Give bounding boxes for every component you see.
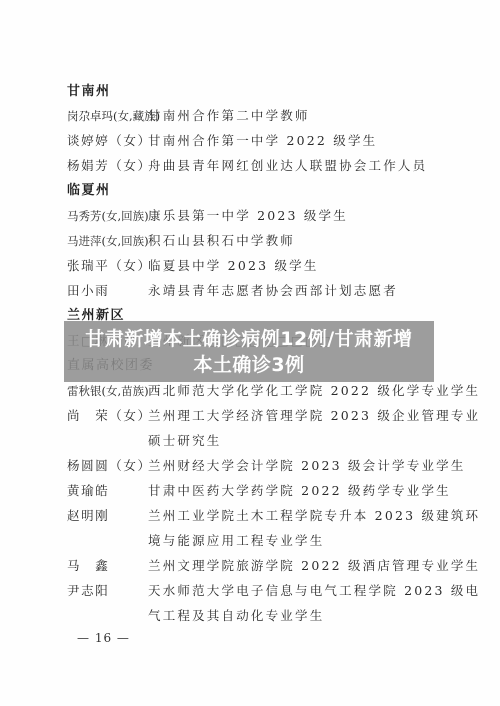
person-name: 杨娟芳（女） — [67, 156, 148, 176]
person-desc: 兰州工业学院土木工程学院专升本 2023 级建筑环 — [148, 506, 480, 526]
page-number: — 16 — — [77, 628, 130, 648]
person-desc-continued: 境与能源应用工程专业学生 — [148, 531, 324, 551]
person-desc: 甘南州合作第二中学教师 — [148, 106, 310, 126]
person-name: 尹志阳 — [67, 581, 148, 601]
list-item: 马秀芳(女,回族)康乐县第一中学 2023 级学生 — [67, 206, 348, 226]
person-name: 黄瑜皓 — [67, 481, 148, 501]
document-page: 甘南州 岗尕卓玛(女,藏族)甘南州合作第二中学教师 谈婷婷（女）甘南州合作第一中… — [0, 0, 500, 706]
list-item: 田小雨永靖县青年志愿者协会西部计划志愿者 — [67, 281, 398, 301]
person-name: 马 鑫 — [67, 556, 148, 576]
list-item: 岗尕卓玛(女,藏族)甘南州合作第二中学教师 — [67, 106, 310, 126]
person-desc: 舟曲县青年网红创业达人联盟协会工作人员 — [148, 156, 427, 176]
list-item: 杨圆圆（女）兰州财经大学会计学院 2023 级会计学专业学生 — [67, 456, 466, 476]
list-item: 杨娟芳（女）舟曲县青年网红创业达人联盟协会工作人员 — [67, 156, 427, 176]
person-desc-continued: 硕士研究生 — [148, 431, 222, 451]
person-name: 岗尕卓玛(女,藏族) — [67, 106, 148, 126]
person-name: 雷秋银(女,苗族) — [67, 381, 148, 401]
headline-banner: 甘肃新增本土确诊病例12例/甘肃新增本土确诊3例 — [64, 321, 434, 382]
person-desc: 兰州文理学院旅游学院 2022 级酒店管理专业学生 — [148, 556, 480, 576]
list-item: 黄瑜皓甘肃中医药大学药学院 2022 级药学专业学生 — [67, 481, 451, 501]
person-name: 谈婷婷（女） — [67, 131, 148, 151]
person-desc-continued: 气工程及其自动化专业学生 — [148, 606, 324, 626]
person-name: 尚 荣（女） — [67, 406, 148, 426]
headline-text: 甘肃新增本土确诊病例12例/甘肃新增本土确诊3例 — [79, 326, 419, 378]
person-desc: 甘肃中医药大学药学院 2022 级药学专业学生 — [148, 481, 451, 501]
person-name: 张瑞平（女） — [67, 256, 148, 276]
person-desc: 积石山县积石中学教师 — [148, 231, 295, 251]
section-title-linxia: 临夏州 — [67, 181, 111, 201]
person-name: 马秀芳(女,回族) — [67, 206, 148, 226]
person-desc: 西北师范大学化学化工学院 2022 级化学专业学生 — [148, 381, 480, 401]
list-item: 谈婷婷（女）甘南州合作第一中学 2022 级学生 — [67, 131, 377, 151]
list-item: 马进萍(女,回族)积石山县积石中学教师 — [67, 231, 295, 251]
person-desc: 康乐县第一中学 2023 级学生 — [148, 206, 348, 226]
person-desc: 甘南州合作第一中学 2022 级学生 — [148, 131, 377, 151]
section-title-gannan: 甘南州 — [67, 82, 111, 102]
person-name: 赵明刚 — [67, 506, 148, 526]
list-item: 张瑞平（女）临夏县中学 2023 级学生 — [67, 256, 319, 276]
list-item: 尚 荣（女）兰州理工大学经济管理学院 2023 级企业管理专业 — [67, 406, 480, 426]
person-desc: 永靖县青年志愿者协会西部计划志愿者 — [148, 281, 398, 301]
person-name: 田小雨 — [67, 281, 148, 301]
person-desc: 兰州理工大学经济管理学院 2023 级企业管理专业 — [148, 406, 480, 426]
list-item: 马 鑫兰州文理学院旅游学院 2022 级酒店管理专业学生 — [67, 556, 480, 576]
list-item: 雷秋银(女,苗族)西北师范大学化学化工学院 2022 级化学专业学生 — [67, 381, 480, 401]
person-desc: 天水师范大学电子信息与电气工程学院 2023 级电 — [148, 581, 480, 601]
person-name: 杨圆圆（女） — [67, 456, 148, 476]
person-desc: 兰州财经大学会计学院 2023 级会计学专业学生 — [148, 456, 466, 476]
list-item: 尹志阳天水师范大学电子信息与电气工程学院 2023 级电 — [67, 581, 480, 601]
person-desc: 临夏县中学 2023 级学生 — [148, 256, 319, 276]
person-name: 马进萍(女,回族) — [67, 231, 148, 251]
list-item: 赵明刚兰州工业学院土木工程学院专升本 2023 级建筑环 — [67, 506, 480, 526]
